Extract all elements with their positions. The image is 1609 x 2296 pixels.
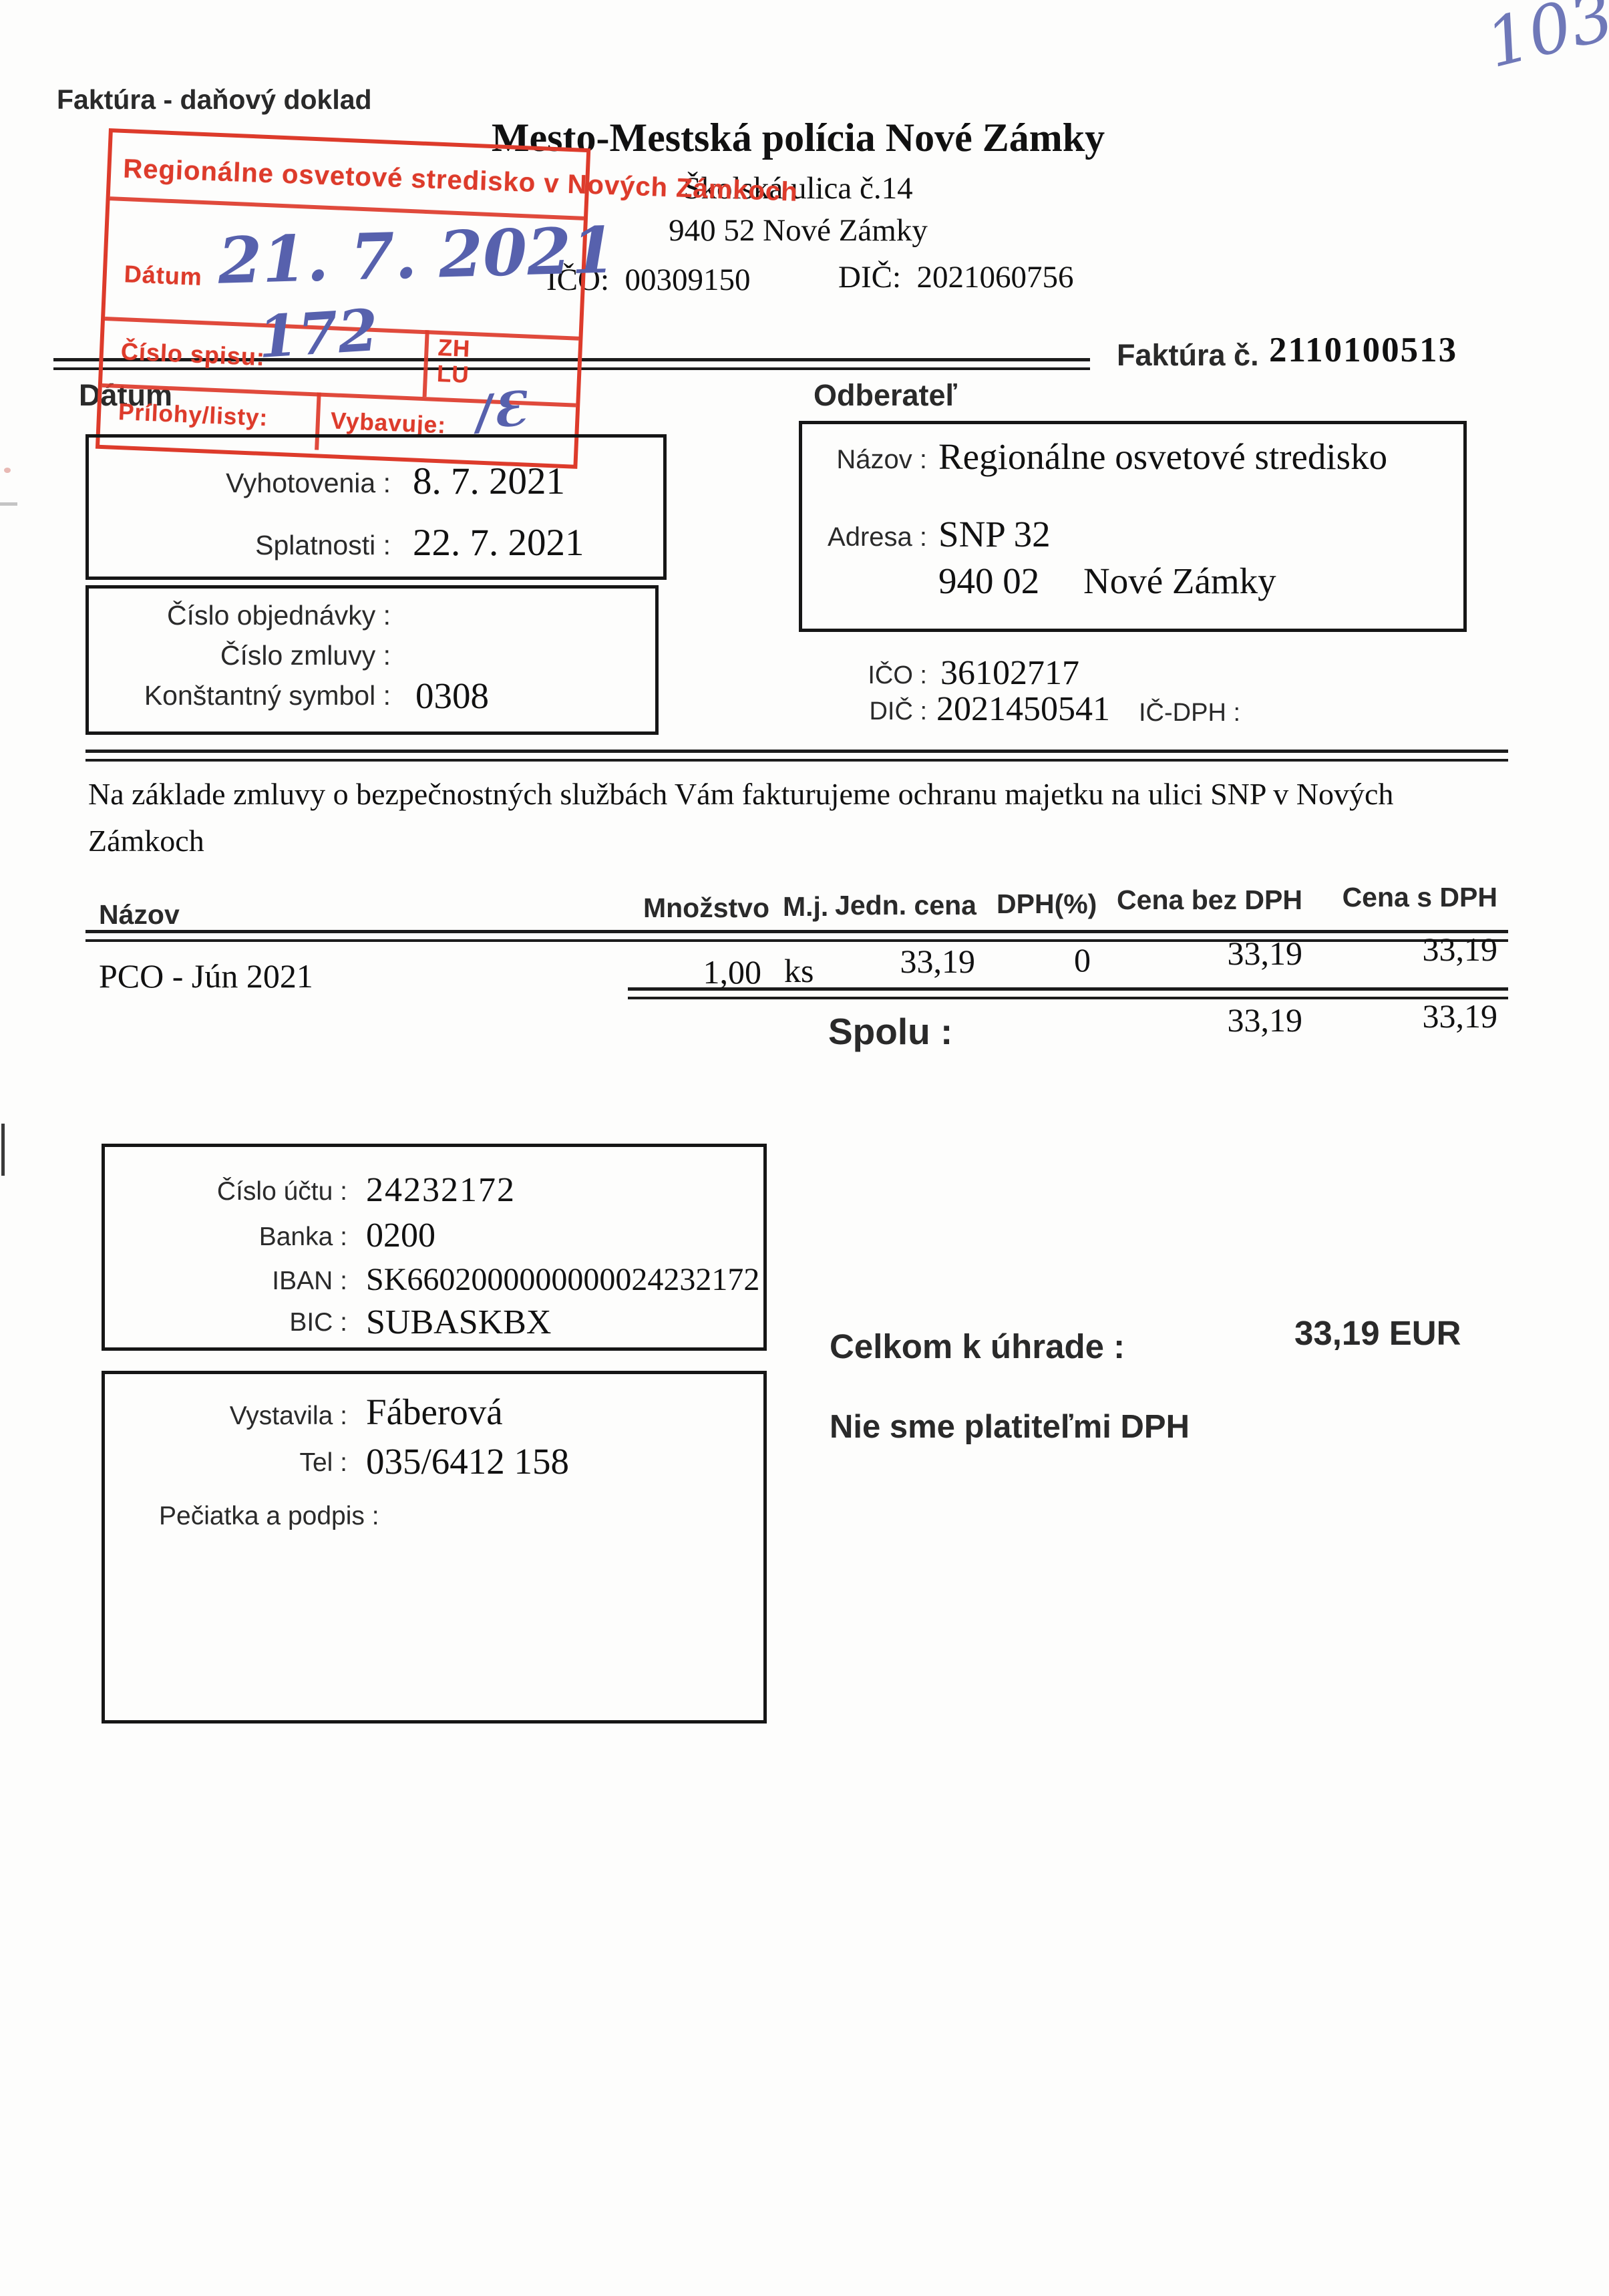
customer-adresa-line1: SNP 32 <box>938 513 1051 555</box>
supplier-ico-value: 00309150 <box>625 263 751 297</box>
ucet-value: 24232172 <box>366 1170 516 1210</box>
customer-dic-value: 2021450541 <box>936 689 1110 729</box>
item-cena-s-dph: 33,19 <box>1423 930 1498 969</box>
customer-ico-label: IČO : <box>801 661 927 690</box>
spolu-label: Spolu : <box>828 1010 952 1053</box>
invoice-number: 2110100513 <box>1269 330 1457 370</box>
konst-symbol-label: Konštantný symbol : <box>94 680 391 711</box>
customer-heading: Odberateľ <box>814 378 957 413</box>
vystavila-label: Vystavila : <box>107 1402 347 1431</box>
col-header-mj: M.j. <box>783 891 828 923</box>
stamp-prilohy-label: Prílohy/listy: <box>118 399 269 432</box>
stamp-code-line2: LU <box>436 361 470 388</box>
spolu-s-dph: 33,19 <box>1423 997 1498 1035</box>
invoice-number-label: Faktúra č. <box>1117 338 1259 373</box>
stamp-cislo-spisu-handwritten: 172 <box>256 297 380 371</box>
vybavuje-signature: /Ɛ <box>473 380 529 440</box>
customer-dic-label: DIČ : <box>801 697 927 726</box>
supplier-dic-label: DIČ: <box>838 260 901 295</box>
doc-type-label: Faktúra - daňový doklad <box>57 84 372 116</box>
bic-label: BIC : <box>107 1308 347 1337</box>
stamp-divider-zh <box>423 330 429 397</box>
col-header-mnozstvo: Množstvo <box>643 892 769 924</box>
stamp-code-line1: ZH <box>437 335 471 362</box>
vyhotovenia-value: 8. 7. 2021 <box>413 460 565 503</box>
vyhotovenia-label: Vyhotovenia : <box>107 468 391 499</box>
col-header-jedn-cena: Jedn. cena <box>835 890 976 921</box>
iban-label: IBAN : <box>107 1267 347 1296</box>
customer-zip: 940 02 <box>938 560 1039 602</box>
customer-ico-value: 36102717 <box>940 653 1079 693</box>
page-number-handwritten: 103 <box>1479 0 1609 83</box>
item-nazov: PCO - Jún 2021 <box>99 957 313 995</box>
banka-value: 0200 <box>366 1216 435 1255</box>
customer-icdph-label: IČ-DPH : <box>1139 699 1240 727</box>
col-header-nazov: Názov <box>99 899 180 931</box>
spolu-bez-dph: 33,19 <box>1228 1001 1303 1039</box>
customer-city: Nové Zámky <box>1083 560 1276 602</box>
vystavila-value: Fáberová <box>366 1391 503 1433</box>
customer-nazov-label: Názov : <box>801 445 927 475</box>
splatnosti-label: Splatnosti : <box>107 530 391 561</box>
item-mj: ks <box>784 951 814 990</box>
iban-value: SK6602000000000024232172 <box>366 1261 759 1298</box>
tel-value: 035/6412 158 <box>366 1440 569 1482</box>
table-total-rule <box>628 987 1508 999</box>
body-divider-rule <box>85 750 1508 762</box>
item-dph: 0 <box>1074 941 1091 979</box>
bic-value: SUBASKBX <box>366 1303 551 1342</box>
konst-symbol-value: 0308 <box>415 675 489 717</box>
stamp-cislo-spisu-label: Číslo spisu: <box>120 337 266 371</box>
item-cena-bez-dph: 33,19 <box>1228 934 1303 973</box>
incoming-mail-stamp: Regionálne osvetové stredisko v Nových Z… <box>96 128 590 469</box>
scan-artifact-dot <box>4 468 11 473</box>
stamp-org-name: Regionálne osvetové stredisko v Nových Z… <box>123 154 799 207</box>
stamp-code: ZH LU <box>436 335 471 388</box>
banka-label: Banka : <box>107 1222 347 1252</box>
scan-artifact-left-line <box>1 1124 5 1176</box>
total-due-label: Celkom k úhrade : <box>830 1327 1125 1366</box>
vat-note: Nie sme platiteľmi DPH <box>830 1408 1190 1446</box>
invoice-scan-page: 103 Faktúra - daňový doklad Mesto-Mestsk… <box>0 0 1609 2296</box>
ucet-label: Číslo účtu : <box>107 1177 347 1206</box>
supplier-dic-value: 2021060756 <box>917 260 1074 295</box>
scan-artifact-dash <box>0 502 17 506</box>
total-due-value: 33,19 EUR <box>1294 1313 1461 1353</box>
tel-label: Tel : <box>107 1448 347 1478</box>
item-mnozstvo: 1,00 <box>703 953 762 991</box>
item-jedn-cena: 33,19 <box>900 942 976 981</box>
intro-text-line1: Na základe zmluvy o bezpečnostných služb… <box>88 776 1393 812</box>
col-header-cena-s-dph: Cena s DPH <box>1343 882 1497 913</box>
supplier-dic: DIČ: 2021060756 <box>838 259 1074 295</box>
zmluva-label: Číslo zmluvy : <box>94 640 391 671</box>
col-header-dph: DPH(%) <box>997 888 1097 920</box>
customer-adresa-label: Adresa : <box>801 522 927 552</box>
objednavka-label: Číslo objednávky : <box>94 600 391 631</box>
col-header-cena-bez-dph: Cena bez DPH <box>1117 884 1302 916</box>
splatnosti-value: 22. 7. 2021 <box>413 521 584 564</box>
intro-text-line2: Zámkoch <box>88 823 204 858</box>
customer-nazov-value: Regionálne osvetové stredisko <box>938 436 1387 478</box>
peciatka-label: Pečiatka a podpis : <box>159 1502 379 1531</box>
stamp-datum-label: Dátum <box>124 260 203 291</box>
stamp-datum-handwritten: 21. 7. 2021 <box>217 213 616 299</box>
